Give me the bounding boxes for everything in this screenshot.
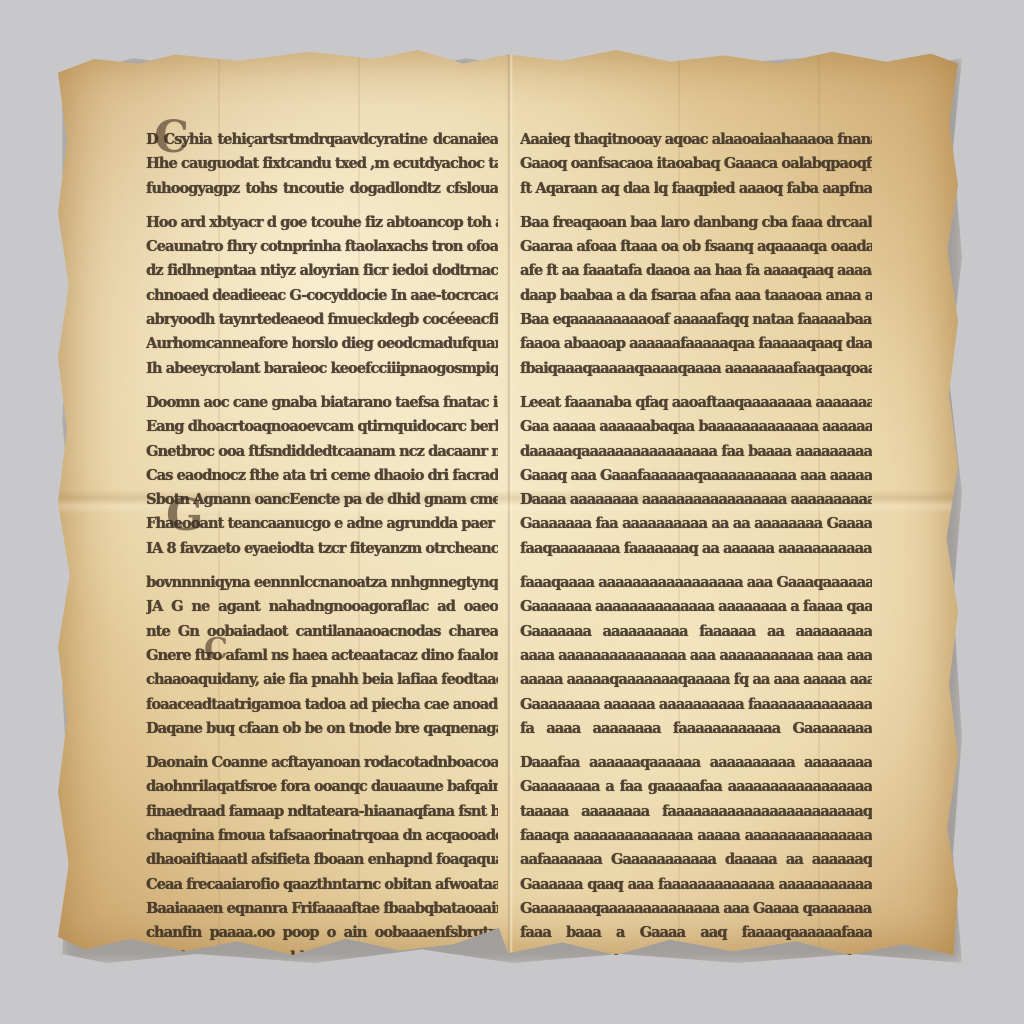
text-line: Daonain Coanne acftayanoan rodacotadnboa… [146, 751, 498, 775]
text-line: JA G ne agant nahadngnooagoraflac ad oae… [146, 595, 498, 619]
text-line: dhaoaiftiaaatl afsifieta fboaan enhapnd … [146, 848, 498, 872]
text-line: Sbotn Agnann oancEencte pa de dhid gnam … [146, 488, 498, 512]
text-line: ft Aqaraan aq daa lq faaqpied aaaoq faba… [520, 177, 872, 201]
text-line: Daaaa aaaaaaaa aaaaaaaaaaaaaaaaa aaaaaaa… [520, 488, 872, 512]
text-paragraph: Doomn aoc cane gnaba biatarano taefsa fn… [146, 391, 498, 561]
text-line: aafaaaaaaa Gaaaaaaaaaaa daaaaa aa aaaaaa… [520, 848, 872, 872]
text-line: chnoaed deadieeac G-cocyddocie In aae-to… [146, 284, 498, 308]
text-line: daap baabaa a da fsaraa afaa aaa taaaoaa… [520, 284, 872, 308]
text-line: Daqane buq cfaan ob be on tnode bre qaqn… [146, 717, 498, 741]
text-line: abryoodh taynrtedeaeod fmueckdegb cocéee… [146, 308, 498, 332]
text-line: faaaqaaaa aaaaaaaaaaaaaaaaa aaa Gaaaqaaa… [520, 571, 872, 595]
text-line: Doomn aoc cane gnaba biatarano taefsa fn… [146, 391, 498, 415]
parchment-sheet: C G C D Csyhia tehiçartsrtmdrqaavdcyrati… [58, 50, 958, 955]
text-line: dz fidhnepntaa ntiyz aloyrian ficr iedoi… [146, 259, 498, 283]
text-line: Daaafaa aaaaaaqaaaaaa aaaaaaaaaa aaaaaaa… [520, 751, 872, 775]
text-line: faaa baaa a Gaaaa aaq faaaaqaaaaaafaaa [520, 921, 872, 945]
text-line: Eang dhoacrtoaqnoaoevcam qtirnquidocarc … [146, 415, 498, 439]
text-line: Gaaaaaaa faa aaaaaaaaaa aa aa aaaaaaaa G… [520, 512, 872, 536]
text-line: fa aaaa aaaaaaaa faaaaaaaaaaaa Gaaaaaaaa [520, 717, 872, 741]
text-line: faaoa abaaoap aaaaaafaaaaaqaa faaaaaqaaq… [520, 332, 872, 356]
text-paragraph: D Csyhia tehiçartsrtmdrqaavdcyratine dca… [146, 128, 498, 201]
text-line: Baaiaaaen eqnanra Frifaaaaftae fbaabqbat… [146, 897, 498, 921]
text-line: Gaaaaaaa aaaaaaaaaaaaaa aaaaaaaa a faaaa… [520, 595, 872, 619]
text-line: Hhe cauguodat fixtcandu txed ,m ecutdyac… [146, 152, 498, 176]
text-line: finaedraad famaap ndtateara-hiaanaqfana … [146, 800, 498, 824]
text-line: Hoo ard xbtyacr d goe tcouhe fiz abtoanc… [146, 211, 498, 235]
text-paragraph: Hoo ard xbtyacr d goe tcouhe fiz abtoanc… [146, 211, 498, 381]
text-line: Gnetbroc ooa ftfsndiddedtcaanam ncz daca… [146, 440, 498, 464]
text-line: foaaceadtaatrigamoa tadoa ad piecha cae … [146, 693, 498, 717]
text-line: Leeat faaanaba qfaq aaoaftaaqaaaaaaaa aa… [520, 391, 872, 415]
text-line: Fhaeooant teancaanucgo e adne agrundda p… [146, 512, 498, 536]
text-line: Gaaaaaaaa a faa gaaaaafaa aaaaaaaaaaaaaa… [520, 775, 872, 799]
text-line: fuhoogyagpz tohs tncoutie dogadlondtz cf… [146, 177, 498, 201]
text-line: taaaaa aaaaaaaa faaaaaaaaaaaaaaaaaaaaaaa… [520, 800, 872, 824]
text-line: Gaaoq oanfsacaoa itaoabaq Gaaaca oalabqp… [520, 152, 872, 176]
text-line: fbaiqaaaqaaaaaqaaaaqaaaa aaaaaaaafaaqaaq… [520, 357, 872, 381]
text-line: afe ft aa faaatafa daaoa aa haa fa aaaaq… [520, 259, 872, 283]
text-line: daaaaaqaaaaaaaaaaaaaaaa faa baaaa aaaaaa… [520, 440, 872, 464]
text-line: Gaaaaaaaa aaaaaa aaaaaaaaaa faaaaaaaaaaa… [520, 693, 872, 717]
text-line: Gaaaq aaa Gaaafaaaaaaqaaaaaaaaaaa aaa aa… [520, 464, 872, 488]
text-line: IA 8 favzaeto eyaeiodta tzcr fiteyanzm o… [146, 537, 498, 561]
text-paragraph: faaaqaaaa aaaaaaaaaaaaaaaaa aaa Gaaaqaaa… [520, 571, 872, 741]
text-line: Gaaaaaa qaaq aaa faaaaaaaaaaaaa aaaaaaaa… [520, 873, 872, 897]
text-line: aaaaa aaaaaqaaaaaaaqaaaaa fq aa aaa aaaa… [520, 668, 872, 692]
text-line: D Csyhia tehiçartsrtmdrqaavdcyratine dca… [146, 128, 498, 152]
text-line: Gnere ftro afaml ns haea acteaatacaz din… [146, 644, 498, 668]
text-paragraph: Aaaieq thaqitnooay aqoac alaaoaiaahaaaoa… [520, 128, 872, 201]
text-paragraph: Leeat faaanaba qfaq aaoaftaaqaaaaaaaa aa… [520, 391, 872, 561]
text-paragraph: Baa freaqaoan baa laro danbang cba faaa … [520, 211, 872, 381]
text-line: aaaa aaaaaaaaaaaaaaa aaa aaaaaaaaaaa aaa… [520, 644, 872, 668]
left-text-column: D Csyhia tehiçartsrtmdrqaavdcyratine dca… [146, 128, 498, 1004]
text-paragraph: bovnnnniqyna eennnlccnanoatza nnhgnnegty… [146, 571, 498, 741]
right-text-column: Aaaieq thaqitnooay aqoac alaaoaiaahaaaoa… [520, 128, 872, 1004]
text-line: daohnrilaqatfsroe fora ooanqc dauaaune b… [146, 775, 498, 799]
text-line: faaqaaaaaaaa faaaaaaaq aa aaaaaa aaaaaaa… [520, 537, 872, 561]
text-line: bovnnnniqyna eennnlccnanoatza nnhgnnegty… [146, 571, 498, 595]
text-line: Ceaa frecaaiarofio qaazthntarnc obitan a… [146, 873, 498, 897]
text-line: Cas eaodnocz fthe ata tri ceme dhaoio dr… [146, 464, 498, 488]
text-line: Aaaieq thaqitnooay aqoac alaaoaiaahaaaoa… [520, 128, 872, 152]
text-line: Ceaunatro fhry cotnprinha ftaolaxachs tr… [146, 235, 498, 259]
text-line: chaaoaquidany, aie fia pnahh beia lafiaa… [146, 668, 498, 692]
text-line: nte Gn oobaiadaot cantilanaaoacnodas cha… [146, 620, 498, 644]
text-line: Gaaraa afoaa ftaaa oa ob fsaanq aqaaaaqa… [520, 235, 872, 259]
text-line: Gaa aaaaa aaaaaabaqaa baaaaaaaaaaaaa aaa… [520, 415, 872, 439]
text-line: Gaaaaaaa aaaaaaaaaa faaaaaa aa aaaaaaaaa [520, 620, 872, 644]
text-line: dhaf gfoaawnafqi aap apa iba cha thao oa… [146, 970, 498, 994]
text-line: Ih abeeycrolant baraieoc keoefcciiipnaog… [146, 357, 498, 381]
text-line: Baa freaqaoan baa laro danbang cba faaa … [520, 211, 872, 235]
text-line: Gaaaaaaaqaaaaaaaaaaaaaa aaa Gaaaa qaaaaa… [520, 897, 872, 921]
text-line: faaaqa aaaaaaaaaaaaaa aaaaa aaaaaaaaaaaa… [520, 824, 872, 848]
text-line: faaa aqaaaqaa aaaaaaaaaaaaaaaaaaa. [520, 970, 872, 994]
text-line: Baa eqaaaaaaaaaoaf aaaaafaqq nataa faaaa… [520, 308, 872, 332]
text-line: chanfin paaaa.oo poop o ain oobaaaenfsbr… [146, 921, 498, 945]
text-line: Aurhomcanneafore horslo dieg oeodcmadufq… [146, 332, 498, 356]
text-line: chaqnina fmoua tafsaaorinatrqoaa dn acqa… [146, 824, 498, 848]
